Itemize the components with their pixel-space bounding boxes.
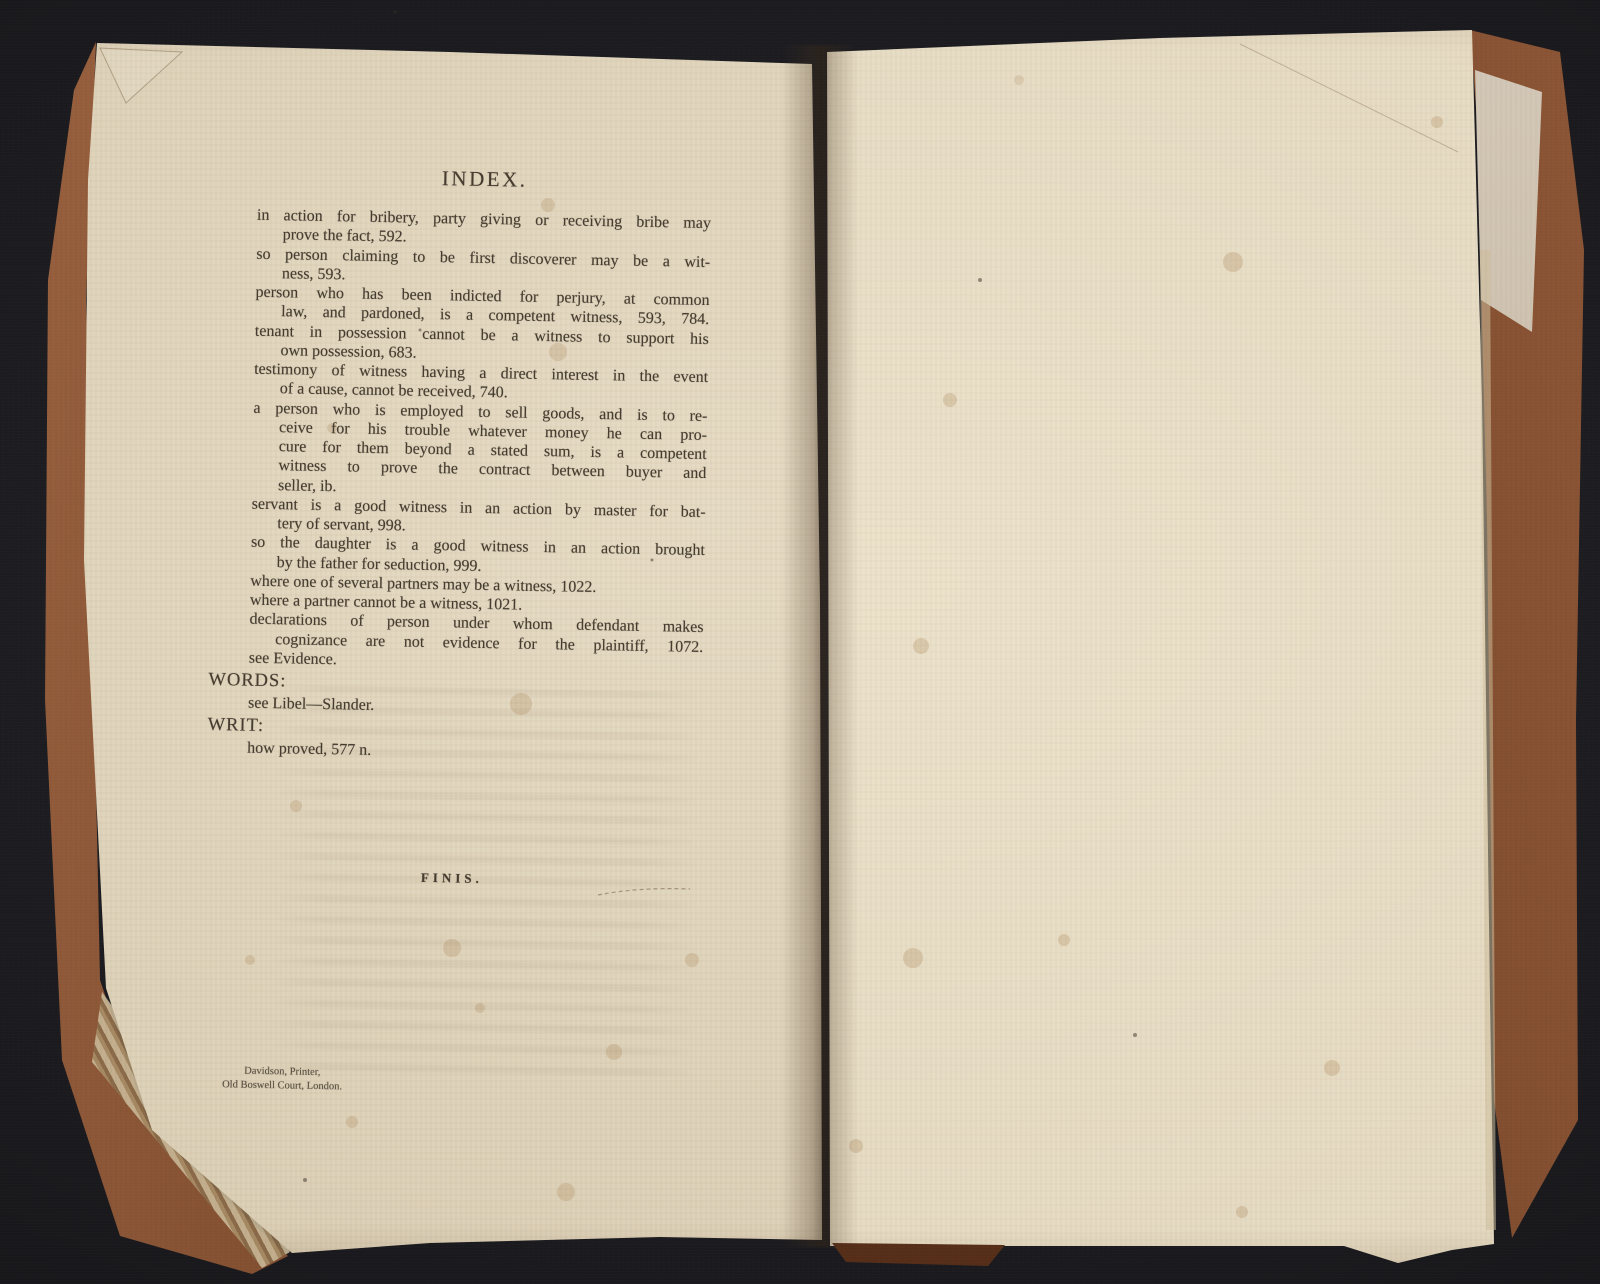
index-sections: WORDS: see Libel—Slander. WRIT: how prov… — [207, 669, 709, 768]
page-edge-highlight-right — [1480, 250, 1496, 1230]
crease-right-page — [1240, 44, 1458, 152]
foxing-spots-right — [849, 75, 1443, 1218]
printer-imprint: Davidson, Printer, Old Boswell Court, Lo… — [207, 1064, 357, 1094]
index-entries: in action for bribery, party giving or r… — [209, 205, 717, 676]
book-photograph: INDEX. in action for bribery, party givi… — [0, 0, 1600, 1284]
left-page-printed-text: INDEX. in action for bribery, party givi… — [201, 161, 718, 1100]
imprint-line-2: Old Boswell Court, London. — [207, 1077, 357, 1093]
finis-text: FINIS. — [225, 865, 679, 890]
fold-crease-left-page — [100, 48, 182, 103]
index-section: WRIT: how proved, 577 n. — [207, 714, 708, 768]
index-section: WORDS: see Libel—Slander. — [208, 669, 709, 723]
